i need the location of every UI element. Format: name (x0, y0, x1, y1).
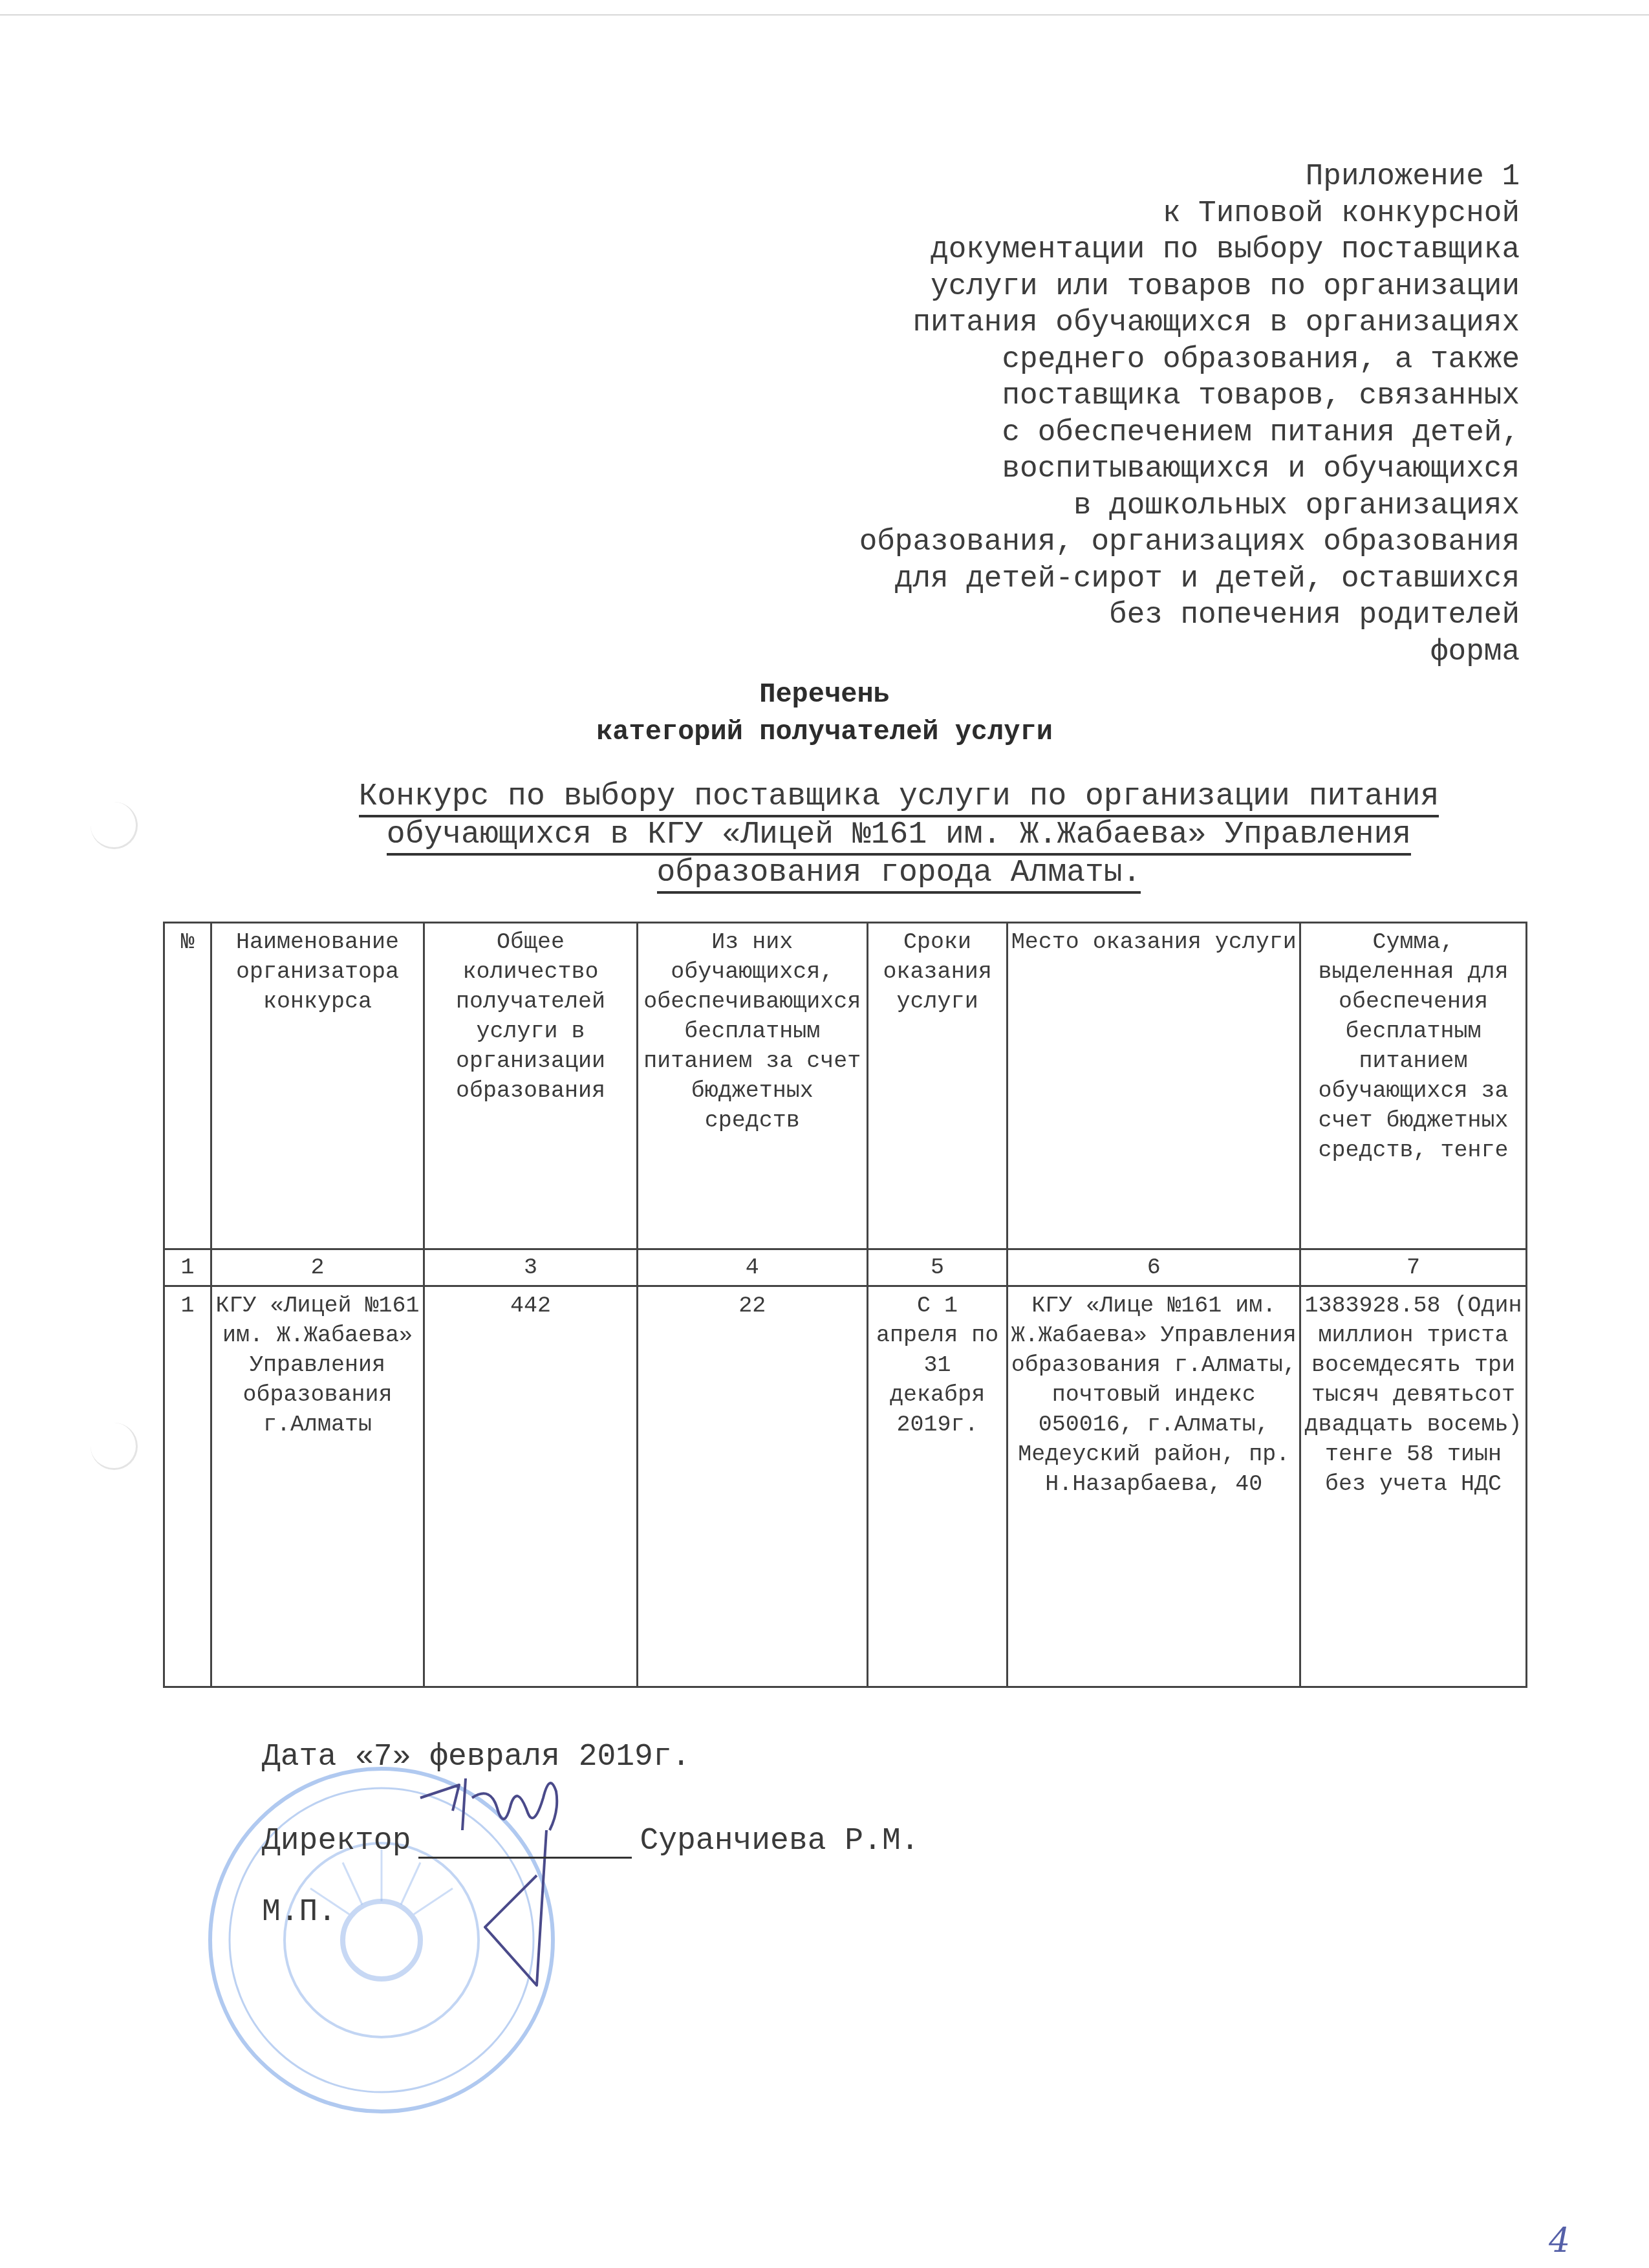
punch-hole-mark (91, 1423, 138, 1470)
cell-free-meals: 22 (637, 1286, 867, 1687)
recipients-table: № Наименование организатора конкурса Общ… (163, 922, 1527, 1688)
appendix-line: питания обучающихся в организациях (744, 305, 1520, 341)
column-number: 1 (164, 1249, 211, 1286)
cell-amount: 1383928.58 (Один миллион триста восемдес… (1300, 1286, 1526, 1687)
signature-blank (418, 1824, 632, 1859)
header-free-meals: Из них обучающихся, обеспечивающихся бес… (637, 923, 867, 1249)
seal-label: М.П. (262, 1895, 336, 1930)
table-header-row: № Наименование организатора конкурса Общ… (164, 923, 1527, 1249)
cell-organizer: КГУ «Лицей №161 им. Ж.Жабаева» Управлени… (211, 1286, 424, 1687)
appendix-line: образования, организациях образования (744, 524, 1520, 561)
document-title: Перечень (0, 679, 1649, 710)
header-number: № (164, 923, 211, 1249)
appendix-line: воспитывающихся и обучающихся (744, 451, 1520, 488)
director-name: Суранчиева Р.М. (640, 1824, 919, 1859)
column-number: 3 (424, 1249, 637, 1286)
director-label: Директор (262, 1824, 411, 1859)
signing-date: Дата «7» февраля 2019г. (262, 1740, 691, 1775)
punch-hole-mark (91, 802, 138, 849)
column-number: 4 (637, 1249, 867, 1286)
contest-line: Конкурс по выбору поставщика услуги по о… (359, 779, 1439, 817)
column-number: 6 (1008, 1249, 1300, 1286)
cell-period: С 1 апреля по 31 декабря 2019г. (867, 1286, 1008, 1687)
table-row: 1 КГУ «Лицей №161 им. Ж.Жабаева» Управле… (164, 1286, 1527, 1687)
header-total-recipients: Общее количество получателей услуги в ор… (424, 923, 637, 1249)
contest-description: Конкурс по выбору поставщика услуги по о… (272, 779, 1526, 894)
cell-number: 1 (164, 1286, 211, 1687)
header-period: Сроки оказания услуги (867, 923, 1008, 1249)
column-number: 7 (1300, 1249, 1526, 1286)
appendix-line: документации по выбору поставщика (744, 232, 1520, 268)
column-number: 2 (211, 1249, 424, 1286)
page-number: 4 (1549, 2221, 1570, 2260)
contest-line: обучающихся в КГУ «Лицей №161 им. Ж.Жаба… (387, 817, 1411, 856)
appendix-header: Приложение 1 к Типовой конкурсной докуме… (744, 158, 1520, 670)
director-signature-line: ДиректорСуранчиева Р.М. (262, 1824, 920, 1859)
appendix-line: с обеспечением питания детей, (744, 415, 1520, 451)
header-amount: Сумма, выделенная для обеспечения беспла… (1300, 923, 1526, 1249)
cell-place: КГУ «Лице №161 им. Ж.Жабаева» Управления… (1008, 1286, 1300, 1687)
column-number: 5 (867, 1249, 1008, 1286)
appendix-line: к Типовой конкурсной (744, 195, 1520, 232)
column-number-row: 1 2 3 4 5 6 7 (164, 1249, 1527, 1286)
appendix-line: форма (744, 634, 1520, 671)
header-place: Место оказания услуги (1008, 923, 1300, 1249)
appendix-line: для детей-сирот и детей, оставшихся (744, 561, 1520, 598)
appendix-line: в дошкольных организациях (744, 488, 1520, 524)
document-subtitle: категорий получателей услуги (0, 717, 1649, 748)
header-organizer: Наименование организатора конкурса (211, 923, 424, 1249)
director-signature-icon (407, 1772, 653, 2018)
appendix-line: Приложение 1 (744, 158, 1520, 195)
appendix-line: услуги или товаров по организации (744, 268, 1520, 305)
cell-total-recipients: 442 (424, 1286, 637, 1687)
appendix-line: поставщика товаров, связанных (744, 378, 1520, 415)
appendix-line: среднего образования, а также (744, 341, 1520, 378)
contest-line: образования города Алматы. (657, 856, 1141, 894)
scan-edge-line (0, 14, 1649, 16)
appendix-line: без попечения родителей (744, 597, 1520, 634)
